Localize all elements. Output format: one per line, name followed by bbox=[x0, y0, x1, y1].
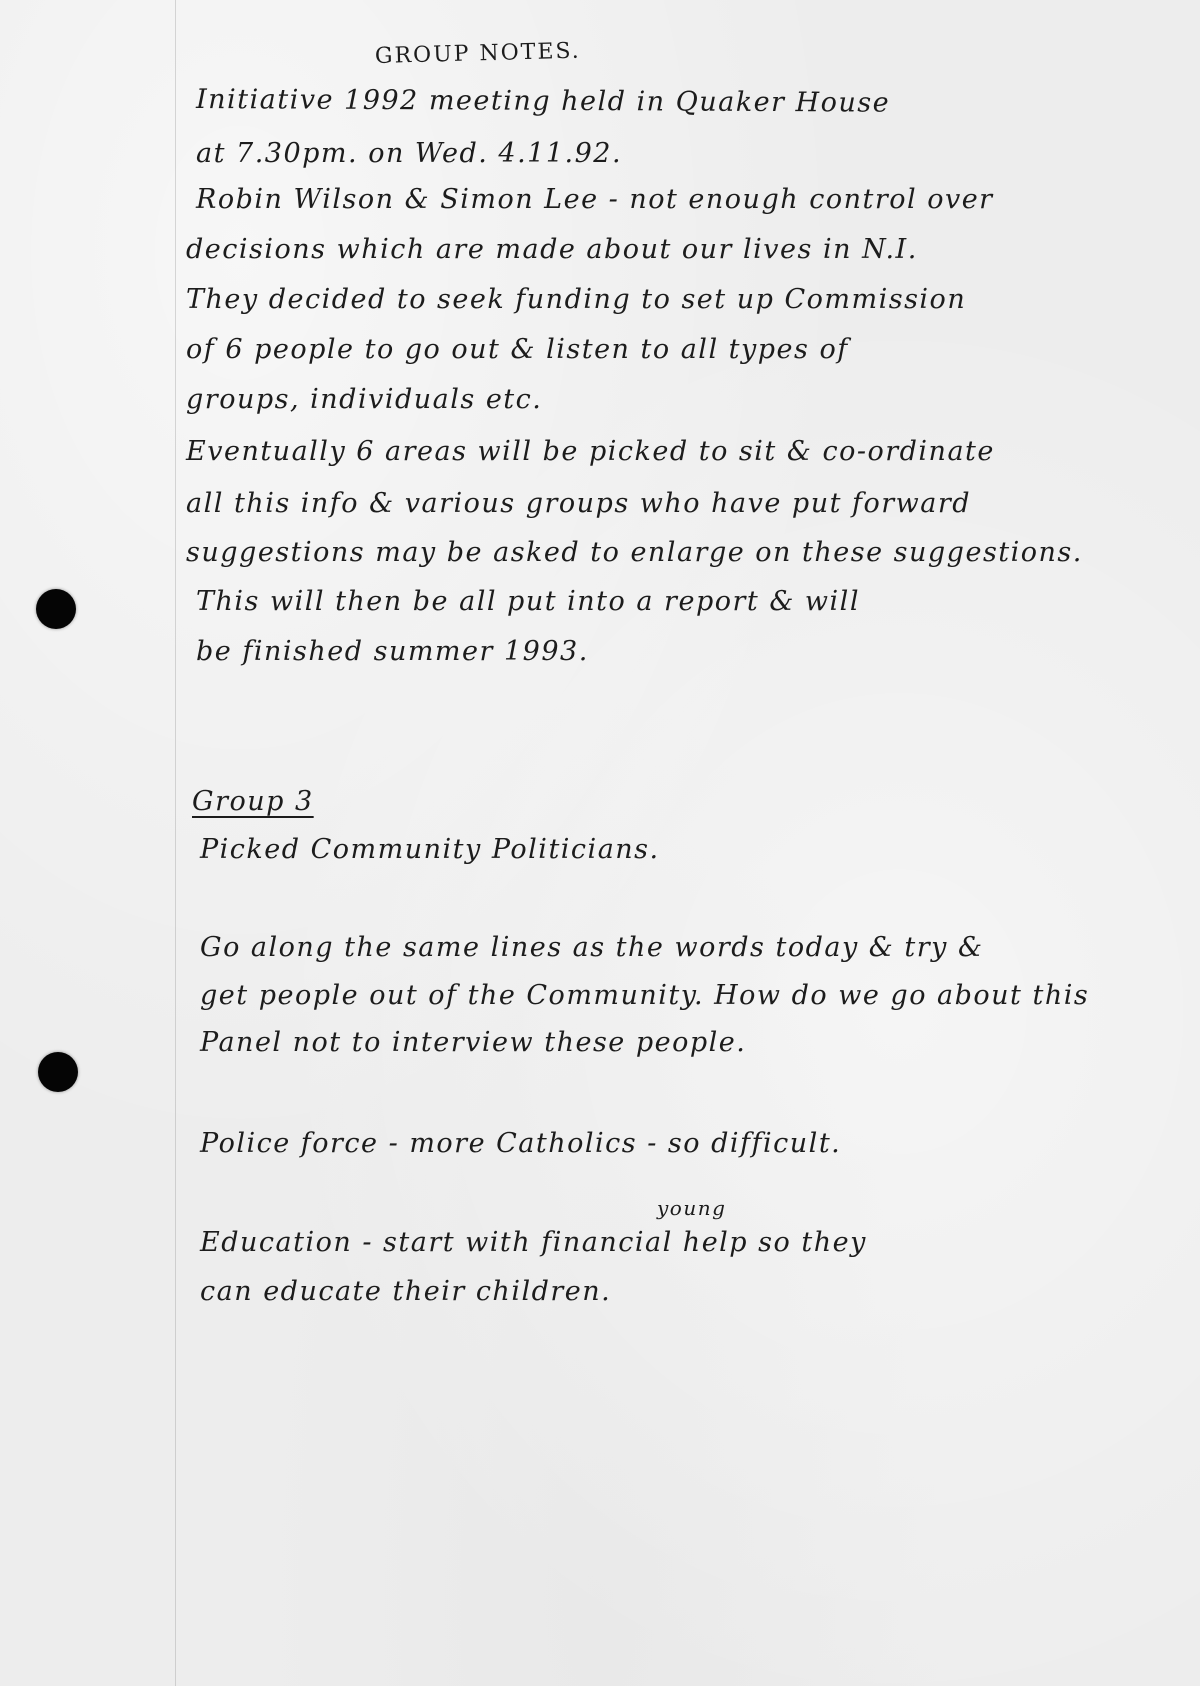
page-title: GROUP NOTES. bbox=[375, 39, 581, 69]
note-line: groups, individuals etc. bbox=[186, 384, 542, 415]
group-heading: Group 3 bbox=[192, 786, 314, 817]
police-note: Police force - more Catholics - so diffi… bbox=[200, 1128, 841, 1159]
note-line: They decided to seek funding to set up C… bbox=[186, 284, 966, 315]
note-line: Initiative 1992 meeting held in Quaker H… bbox=[196, 84, 890, 119]
hole-punch-top bbox=[36, 589, 76, 629]
group-subheading: Picked Community Politicians. bbox=[200, 834, 660, 865]
note-line: of 6 people to go out & listen to all ty… bbox=[186, 334, 849, 365]
note-line: Go along the same lines as the words tod… bbox=[200, 932, 984, 963]
note-line: This will then be all put into a report … bbox=[196, 586, 860, 617]
margin-line bbox=[175, 0, 176, 1686]
note-line: get people out of the Community. How do … bbox=[200, 980, 1089, 1011]
note-line: at 7.30pm. on Wed. 4.11.92. bbox=[196, 138, 622, 169]
note-line: Panel not to interview these people. bbox=[200, 1027, 746, 1058]
scanned-page: GROUP NOTES. Initiative 1992 meeting hel… bbox=[0, 0, 1200, 1686]
note-line: Eventually 6 areas will be picked to sit… bbox=[186, 436, 995, 467]
note-line: suggestions may be asked to enlarge on t… bbox=[186, 537, 1083, 568]
note-line: Robin Wilson & Simon Lee - not enough co… bbox=[196, 184, 994, 215]
note-line: all this info & various groups who have … bbox=[186, 488, 971, 519]
note-line: be finished summer 1993. bbox=[196, 636, 589, 667]
note-line: decisions which are made about our lives… bbox=[186, 234, 918, 265]
education-note-line: can educate their children. bbox=[200, 1276, 611, 1307]
education-insert-word: young bbox=[657, 1196, 726, 1220]
education-note-line: Education - start with financial help so… bbox=[200, 1227, 867, 1258]
hole-punch-bottom bbox=[38, 1052, 78, 1092]
